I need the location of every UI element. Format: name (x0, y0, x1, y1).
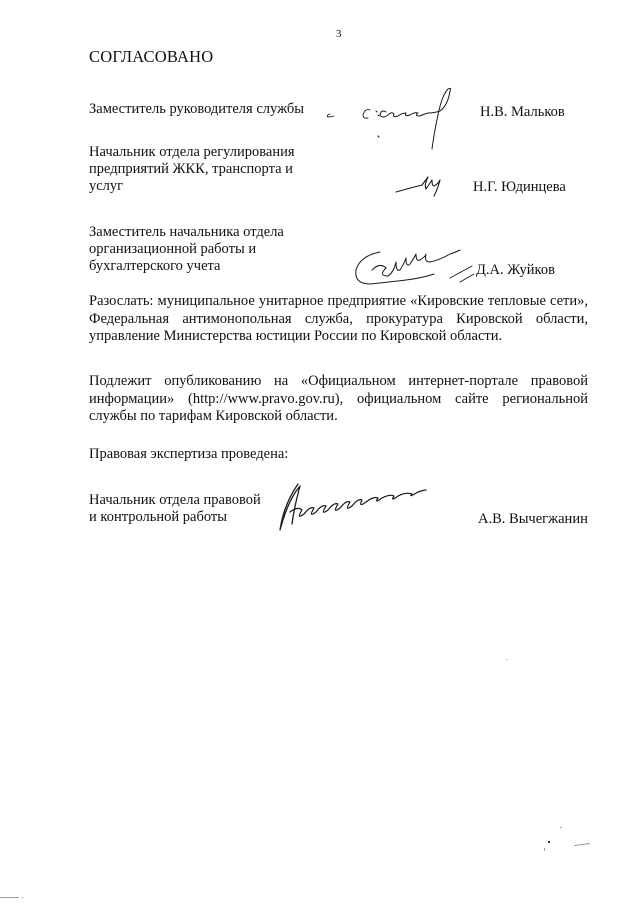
scan-speck (560, 826, 562, 828)
signature-malkov-icon (320, 78, 480, 148)
signatory-2-position-line-1: Начальник отдела регулирования (89, 144, 295, 161)
signatory-3-position-line-2: организационной работы и (89, 241, 284, 258)
scan-speck (22, 897, 23, 898)
signatory-2-position-line-3: услуг (89, 178, 295, 195)
page-number: 3 (336, 28, 342, 40)
document-page: 3 СОГЛАСОВАНО Заместитель руководителя с… (0, 0, 640, 905)
signatory-2-position: Начальник отдела регулирования предприят… (89, 144, 295, 195)
signatory-2-position-line-2: предприятий ЖКК, транспорта и (89, 161, 295, 178)
distribution-paragraph: Разослать: муниципальное унитарное предп… (89, 293, 588, 346)
signature-vychegzhanin-icon (268, 478, 468, 538)
legal-signatory-name: А.В. Вычегжанин (478, 511, 588, 528)
signature-zhuykov-icon (350, 246, 485, 296)
signatory-3-position-line-3: бухгалтерского учета (89, 258, 284, 275)
legal-signatory-position: Начальник отдела правовой и контрольной … (89, 492, 261, 526)
scan-speck (548, 841, 550, 843)
approval-heading: СОГЛАСОВАНО (89, 47, 213, 67)
publication-paragraph: Подлежит опубликованию на «Официальном и… (89, 373, 588, 426)
signatory-2-name: Н.Г. Юдинцева (473, 179, 566, 196)
signature-yudintseva-icon (390, 170, 460, 210)
signatory-3-position: Заместитель начальника отдела организаци… (89, 224, 284, 275)
legal-signatory-position-line-2: и контрольной работы (89, 509, 261, 526)
scan-speck (544, 848, 545, 851)
signatory-3-position-line-1: Заместитель начальника отдела (89, 224, 284, 241)
signatory-3-name: Д.А. Жуйков (476, 262, 555, 279)
scan-speck (506, 659, 507, 660)
legal-signatory-position-line-1: Начальник отдела правовой (89, 492, 261, 509)
signatory-1-position: Заместитель руководителя службы (89, 101, 304, 118)
scan-edge-line (0, 897, 19, 898)
scan-speck (574, 843, 590, 846)
legal-review-heading: Правовая экспертиза проведена: (89, 446, 288, 463)
signatory-1-name: Н.В. Мальков (480, 104, 565, 121)
